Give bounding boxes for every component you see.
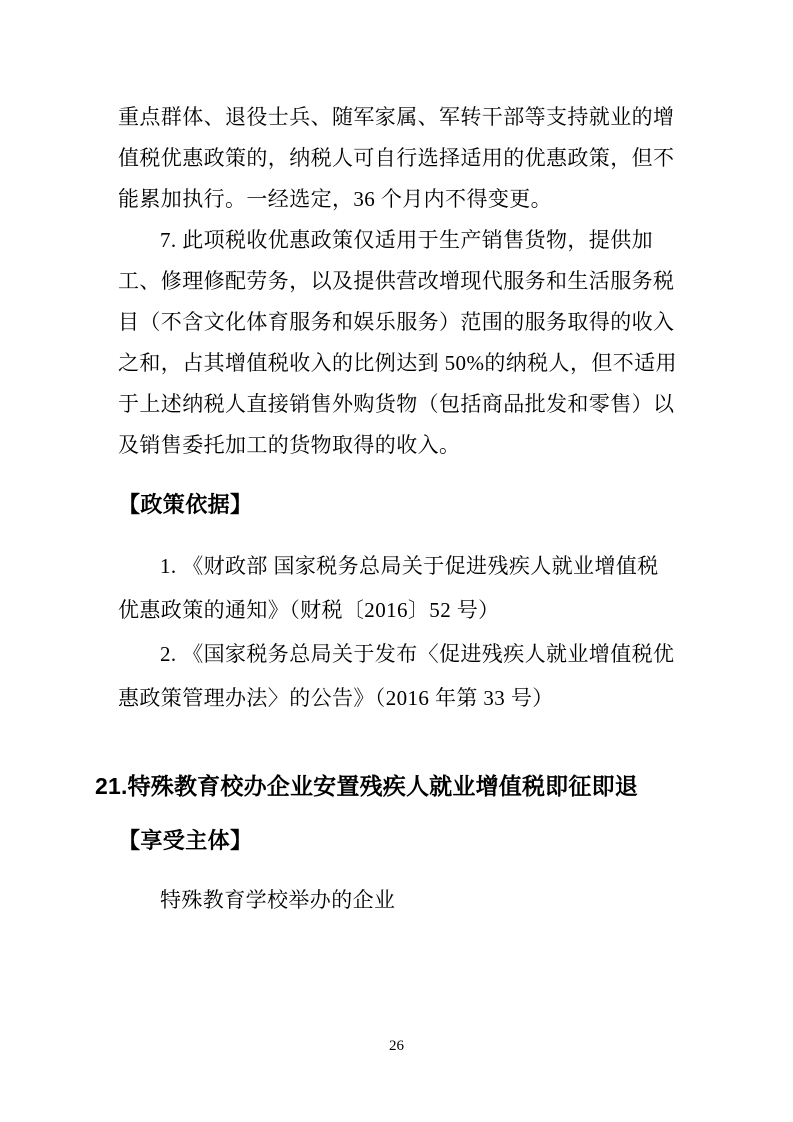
text-line: 1. 《财政部 国家税务总局关于促进残疾人就业增值税 [118, 544, 678, 588]
policy-basis-heading: 【政策依据】 [118, 484, 678, 525]
text-line: 及销售委托加工的货物取得的收入。 [118, 425, 678, 466]
text-line: 2. 《国家税务总局关于发布〈促进残疾人就业增值税优 [118, 632, 678, 676]
beneficiary-text: 特殊教育学校举办的企业 [118, 880, 678, 921]
page-content: 重点群体、退役士兵、随军家属、军转干部等支持就业的增 值税优惠政策的，纳税人可自… [118, 97, 678, 921]
text-line: 目（不含文化体育服务和娱乐服务）范围的服务取得的收入 [118, 302, 678, 343]
policy-reference-1: 1. 《财政部 国家税务总局关于促进残疾人就业增值税 优惠政策的通知》（财税〔2… [118, 544, 678, 632]
document-page: 重点群体、退役士兵、随军家属、军转干部等支持就业的增 值税优惠政策的，纳税人可自… [0, 0, 793, 1122]
text-line: 优惠政策的通知》（财税〔2016〕52 号） [118, 588, 678, 632]
section-21-heading: 21.特殊教育校办企业安置残疾人就业增值税即征即退 [95, 764, 678, 808]
beneficiary-heading: 【享受主体】 [118, 820, 678, 861]
text-line: 工、修理修配劳务，以及提供营改增现代服务和生活服务税 [118, 261, 678, 302]
page-number: 26 [0, 1036, 793, 1056]
beneficiary-paragraph: 特殊教育学校举办的企业 [118, 880, 678, 921]
text-line: 惠政策管理办法〉的公告》（2016 年第 33 号） [118, 676, 678, 720]
text-line: 值税优惠政策的，纳税人可自行选择适用的优惠政策，但不 [118, 138, 678, 179]
paragraph-item-7: 7. 此项税收优惠政策仅适用于生产销售货物，提供加 工、修理修配劳务，以及提供营… [118, 220, 678, 466]
text-line: 7. 此项税收优惠政策仅适用于生产销售货物，提供加 [118, 220, 678, 261]
policy-reference-2: 2. 《国家税务总局关于发布〈促进残疾人就业增值税优 惠政策管理办法〉的公告》（… [118, 632, 678, 720]
text-line: 之和，占其增值税收入的比例达到 50%的纳税人，但不适用 [118, 343, 678, 384]
text-line: 能累加执行。一经选定，36 个月内不得变更。 [118, 179, 678, 220]
text-line: 重点群体、退役士兵、随军家属、军转干部等支持就业的增 [118, 97, 678, 138]
text-line: 于上述纳税人直接销售外购货物（包括商品批发和零售）以 [118, 384, 678, 425]
paragraph-continuation: 重点群体、退役士兵、随军家属、军转干部等支持就业的增 值税优惠政策的，纳税人可自… [118, 97, 678, 220]
